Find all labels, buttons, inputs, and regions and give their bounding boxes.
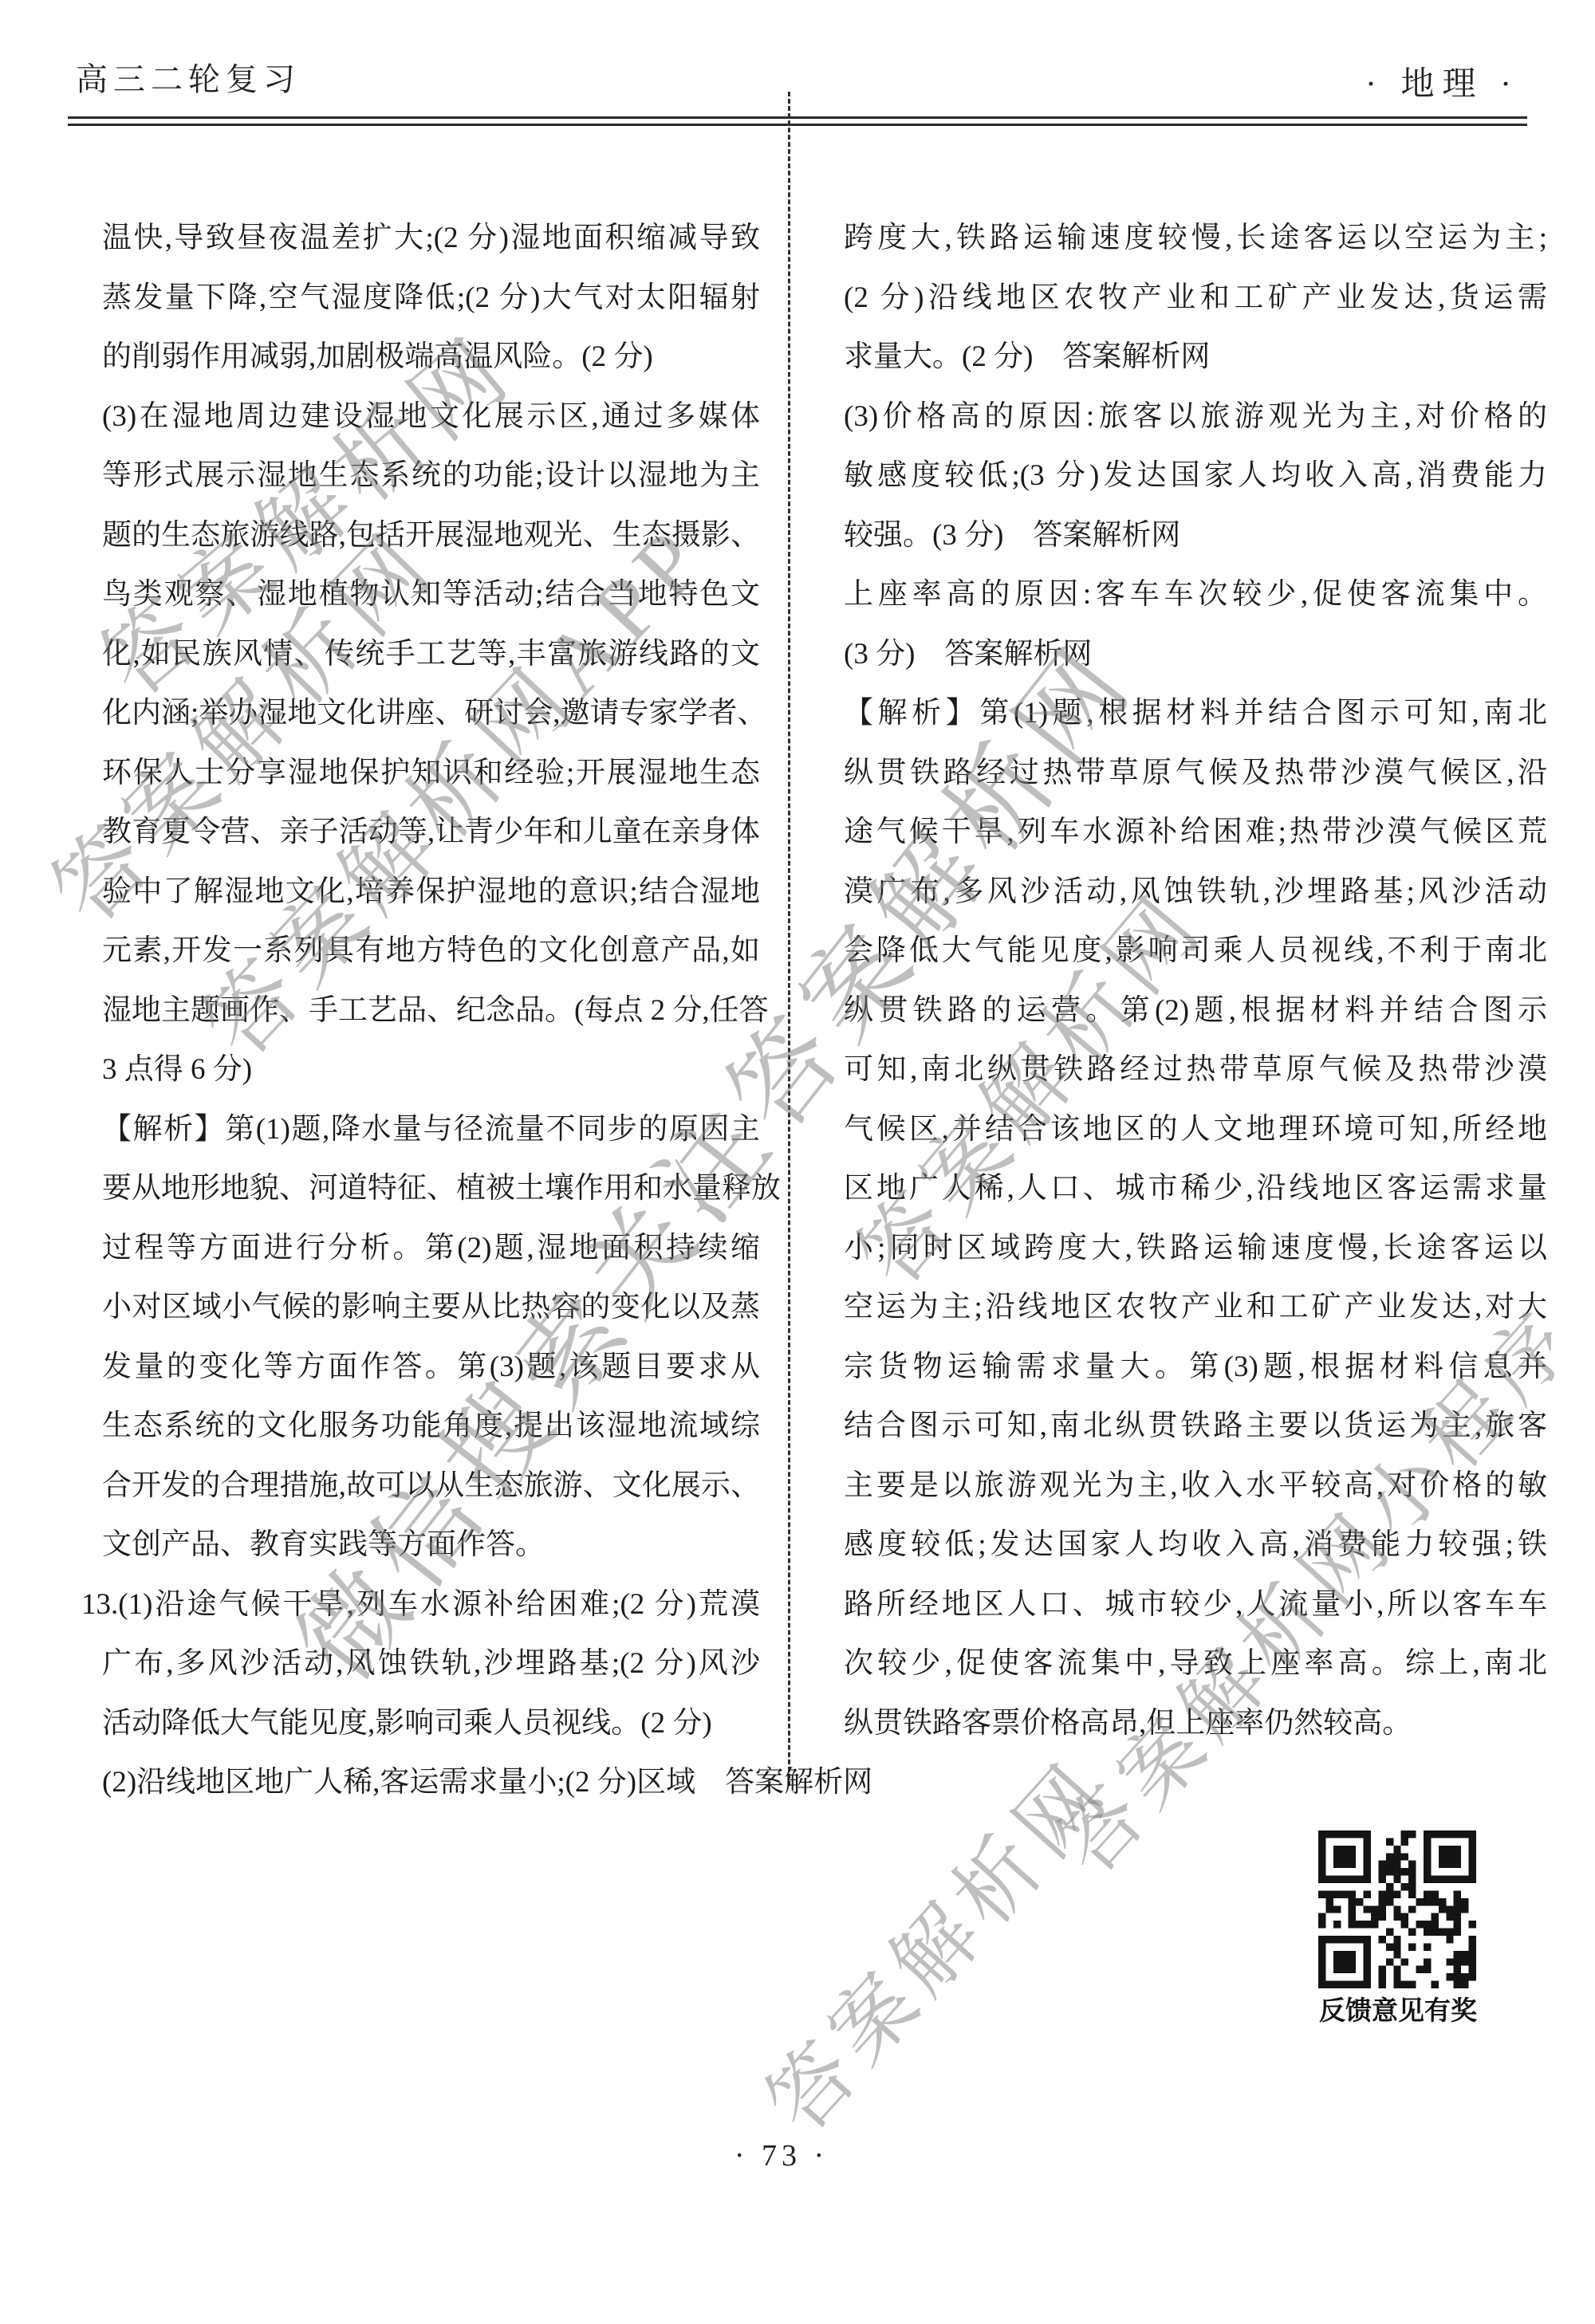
qr-code	[1318, 1830, 1476, 1988]
text-line: 题的生态旅游线路,包括开展湿地观光、生态摄影、	[102, 506, 760, 566]
page: 高三二轮复习 · 地理 · 温快,导致昼夜温差扩大;(2 分)湿地面积缩减导致蒸…	[0, 0, 1595, 2324]
text-line: 小;同时区域跨度大,铁路运输速度慢,长途客运以	[844, 1219, 1547, 1279]
text-line: 【解析】第(1)题,降水量与径流量不同步的原因主	[102, 1100, 760, 1160]
header-divider-rule	[68, 116, 1527, 126]
text-line: 上座率高的原因:客车车次较少,促使客流集中。	[844, 565, 1547, 625]
text-line: 过程等方面进行分析。第(2)题,湿地面积持续缩	[102, 1219, 760, 1279]
text-line: 环保人士分享湿地保护知识和经验;开展湿地生态	[102, 744, 760, 804]
text-line: 化,如民族风情、传统手工艺等,丰富旅游线路的文	[102, 625, 760, 685]
text-line: 感度较低;发达国家人均收入高,消费能力较强;铁	[844, 1516, 1547, 1575]
text-line: 结合图示可知,南北纵贯铁路主要以货运为主,旅客	[844, 1397, 1547, 1457]
text-line: 【解析】第(1)题,根据材料并结合图示可知,南北	[844, 684, 1547, 744]
header-right-title: · 地理 ·	[1365, 57, 1519, 105]
text-line: 求量大。(2 分) 答案解析网	[844, 328, 1547, 387]
text-line: 文创产品、教育实践等方面作答。	[102, 1516, 760, 1575]
text-line: 较强。(3 分) 答案解析网	[844, 506, 1547, 566]
text-line: 化内涵;举办湿地文化讲座、研讨会,邀请专家学者、	[102, 684, 760, 744]
text-line: 会降低大气能见度,影响司乘人员视线,不利于南北	[844, 922, 1547, 981]
text-line: 要从地形地貌、河道特征、植被土壤作用和水量释放	[102, 1159, 760, 1219]
text-line: 纵贯铁路客票价格高昂,但上座率仍然较高。	[844, 1694, 1547, 1754]
text-line: 鸟类观察、湿地植物认知等活动;结合当地特色文	[102, 565, 760, 625]
text-line: 温快,导致昼夜温差扩大;(2 分)湿地面积缩减导致	[102, 209, 760, 269]
text-line: 宗货物运输需求量大。第(3)题,根据材料信息并	[844, 1338, 1547, 1398]
text-line: 途气候干旱,列车水源补给困难;热带沙漠气候区荒	[844, 803, 1547, 863]
column-divider-dashed-line	[788, 92, 790, 1786]
text-line: 等形式展示湿地生态系统的功能;设计以湿地为主	[102, 446, 760, 506]
text-line: 小对区域小气候的影响主要从比热容的变化以及蒸	[102, 1278, 760, 1338]
text-line: 湿地主题画作、手工艺品、纪念品。(每点 2 分,任答	[102, 981, 760, 1041]
text-line: 次较少,促使客流集中,导致上座率高。综上,南北	[844, 1634, 1547, 1694]
text-line: 跨度大,铁路运输速度较慢,长途客运以空运为主;	[844, 209, 1547, 269]
text-line: (2)沿线地区地广人稀,客运需求量小;(2 分)区域 答案解析网	[102, 1753, 1011, 1813]
text-line: 漠广布,多风沙活动,风蚀铁轨,沙埋路基;风沙活动	[844, 863, 1547, 922]
right-column: 跨度大,铁路运输速度较慢,长途客运以空运为主;(2 分)沿线地区农牧产业和工矿产…	[844, 209, 1547, 1753]
text-line: 的削弱作用减弱,加剧极端高温风险。(2 分)	[102, 328, 760, 387]
text-line: 活动降低大气能见度,影响司乘人员视线。(2 分)	[102, 1694, 760, 1754]
text-line: 生态系统的文化服务功能角度,提出该湿地流域综	[102, 1397, 760, 1457]
text-line: 合开发的合理措施,故可以从生态旅游、文化展示、	[102, 1457, 760, 1516]
text-line: (3 分) 答案解析网	[844, 625, 1547, 685]
page-number: · 73 ·	[0, 2138, 1563, 2173]
text-line: 发量的变化等方面作答。第(3)题,该题目要求从	[102, 1338, 760, 1398]
text-line: (3)价格高的原因:旅客以旅游观光为主,对价格的	[844, 387, 1547, 447]
left-column: 温快,导致昼夜温差扩大;(2 分)湿地面积缩减导致蒸发量下降,空气湿度降低;(2…	[102, 209, 760, 1813]
qr-caption: 反馈意见有奖	[1302, 1990, 1494, 2027]
text-line: 敏感度较低;(3 分)发达国家人均收入高,消费能力	[844, 446, 1547, 506]
text-line: 纵贯铁路经过热带草原气候及热带沙漠气候区,沿	[844, 744, 1547, 804]
text-line: (3)在湿地周边建设湿地文化展示区,通过多媒体	[102, 387, 760, 447]
text-line: (2 分)沿线地区农牧产业和工矿产业发达,货运需	[844, 269, 1547, 328]
text-line: 验中了解湿地文化,培养保护湿地的意识;结合湿地	[102, 863, 760, 922]
header-left-title: 高三二轮复习	[76, 54, 301, 100]
text-line: 元素,开发一系列具有地方特色的文化创意产品,如	[102, 922, 760, 981]
text-line: 广布,多风沙活动,风蚀铁轨,沙埋路基;(2 分)风沙	[102, 1634, 760, 1694]
text-line: 主要是以旅游观光为主,收入水平较高,对价格的敏	[844, 1457, 1547, 1516]
text-line: 13.(1)沿途气候干旱,列车水源补给困难;(2 分)荒漠	[81, 1575, 760, 1635]
text-line: 空运为主;沿线地区农牧产业和工矿产业发达,对大	[844, 1278, 1547, 1338]
text-line: 教育夏令营、亲子活动等,让青少年和儿童在亲身体	[102, 803, 760, 863]
text-line: 气候区,并结合该地区的人文地理环境可知,所经地	[844, 1100, 1547, 1160]
text-line: 路所经地区人口、城市较少,人流量小,所以客车车	[844, 1575, 1547, 1635]
text-line: 纵贯铁路的运营。第(2)题,根据材料并结合图示	[844, 981, 1547, 1041]
text-line: 可知,南北纵贯铁路经过热带草原气候及热带沙漠	[844, 1040, 1547, 1100]
text-line: 3 点得 6 分)	[102, 1040, 760, 1100]
text-line: 区地广人稀,人口、城市稀少,沿线地区客运需求量	[844, 1159, 1547, 1219]
text-line: 蒸发量下降,空气湿度降低;(2 分)大气对太阳辐射	[102, 269, 760, 328]
